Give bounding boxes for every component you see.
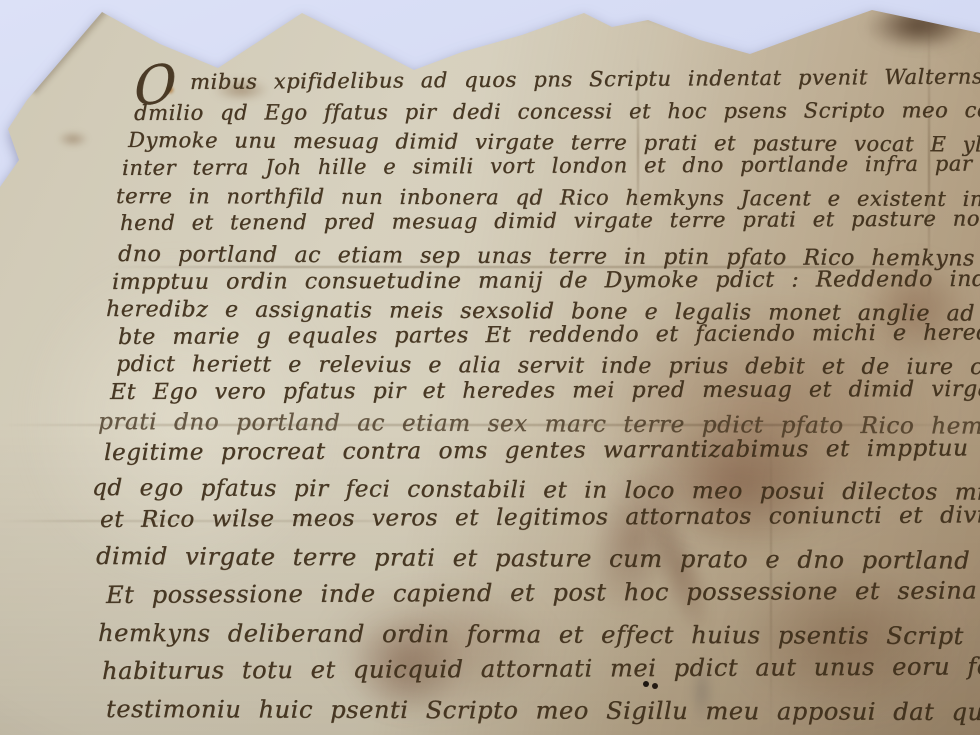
photo-of-parchment-manuscript: O mibus xpifidelibus ad quos pns Scriptu… xyxy=(0,0,980,735)
text-line: impptuu ordin consuetudine manij de Dymo… xyxy=(112,267,980,295)
ink-dots xyxy=(643,681,649,687)
text-line: dimid virgate terre prati et pasture cum… xyxy=(96,542,980,575)
handwritten-text: O mibus xpifidelibus ad quos pns Scriptu… xyxy=(0,0,980,735)
text-line: habiturus totu et quicquid attornati mei… xyxy=(102,652,980,685)
text-line: testimoniu huic psenti Scripto meo Sigil… xyxy=(106,695,980,726)
text-line: bte marie g equales partes Et reddendo e… xyxy=(118,320,980,350)
text-line: Et Ego vero pfatus pir et heredes mei pr… xyxy=(110,377,980,405)
parchment: O mibus xpifidelibus ad quos pns Scriptu… xyxy=(0,0,980,735)
parchment-shadow: O mibus xpifidelibus ad quos pns Scriptu… xyxy=(0,0,980,735)
text-line: inter terra Joh hille e simili vort lond… xyxy=(122,151,980,180)
text-line: hemkyns deliberand ordin forma et effect… xyxy=(98,619,980,650)
text-line: qd ego pfatus pir feci constabili et in … xyxy=(92,475,980,506)
text-line: et Rico wilse meos veros et legitimos at… xyxy=(100,502,980,533)
text-line: mibus xpifidelibus ad quos pns Scriptu i… xyxy=(190,64,980,94)
text-line: Et possessione inde capiend et post hoc … xyxy=(106,576,980,609)
text-line: dmilio qd Ego ffatus pir dedi concessi e… xyxy=(134,98,980,125)
text-line: legitime procreat contra oms gentes warr… xyxy=(104,435,980,466)
text-line: pdict heriett e relevius e alia servit i… xyxy=(116,352,980,380)
text-line: hend et tenend pred mesuag dimid virgate… xyxy=(120,206,980,235)
